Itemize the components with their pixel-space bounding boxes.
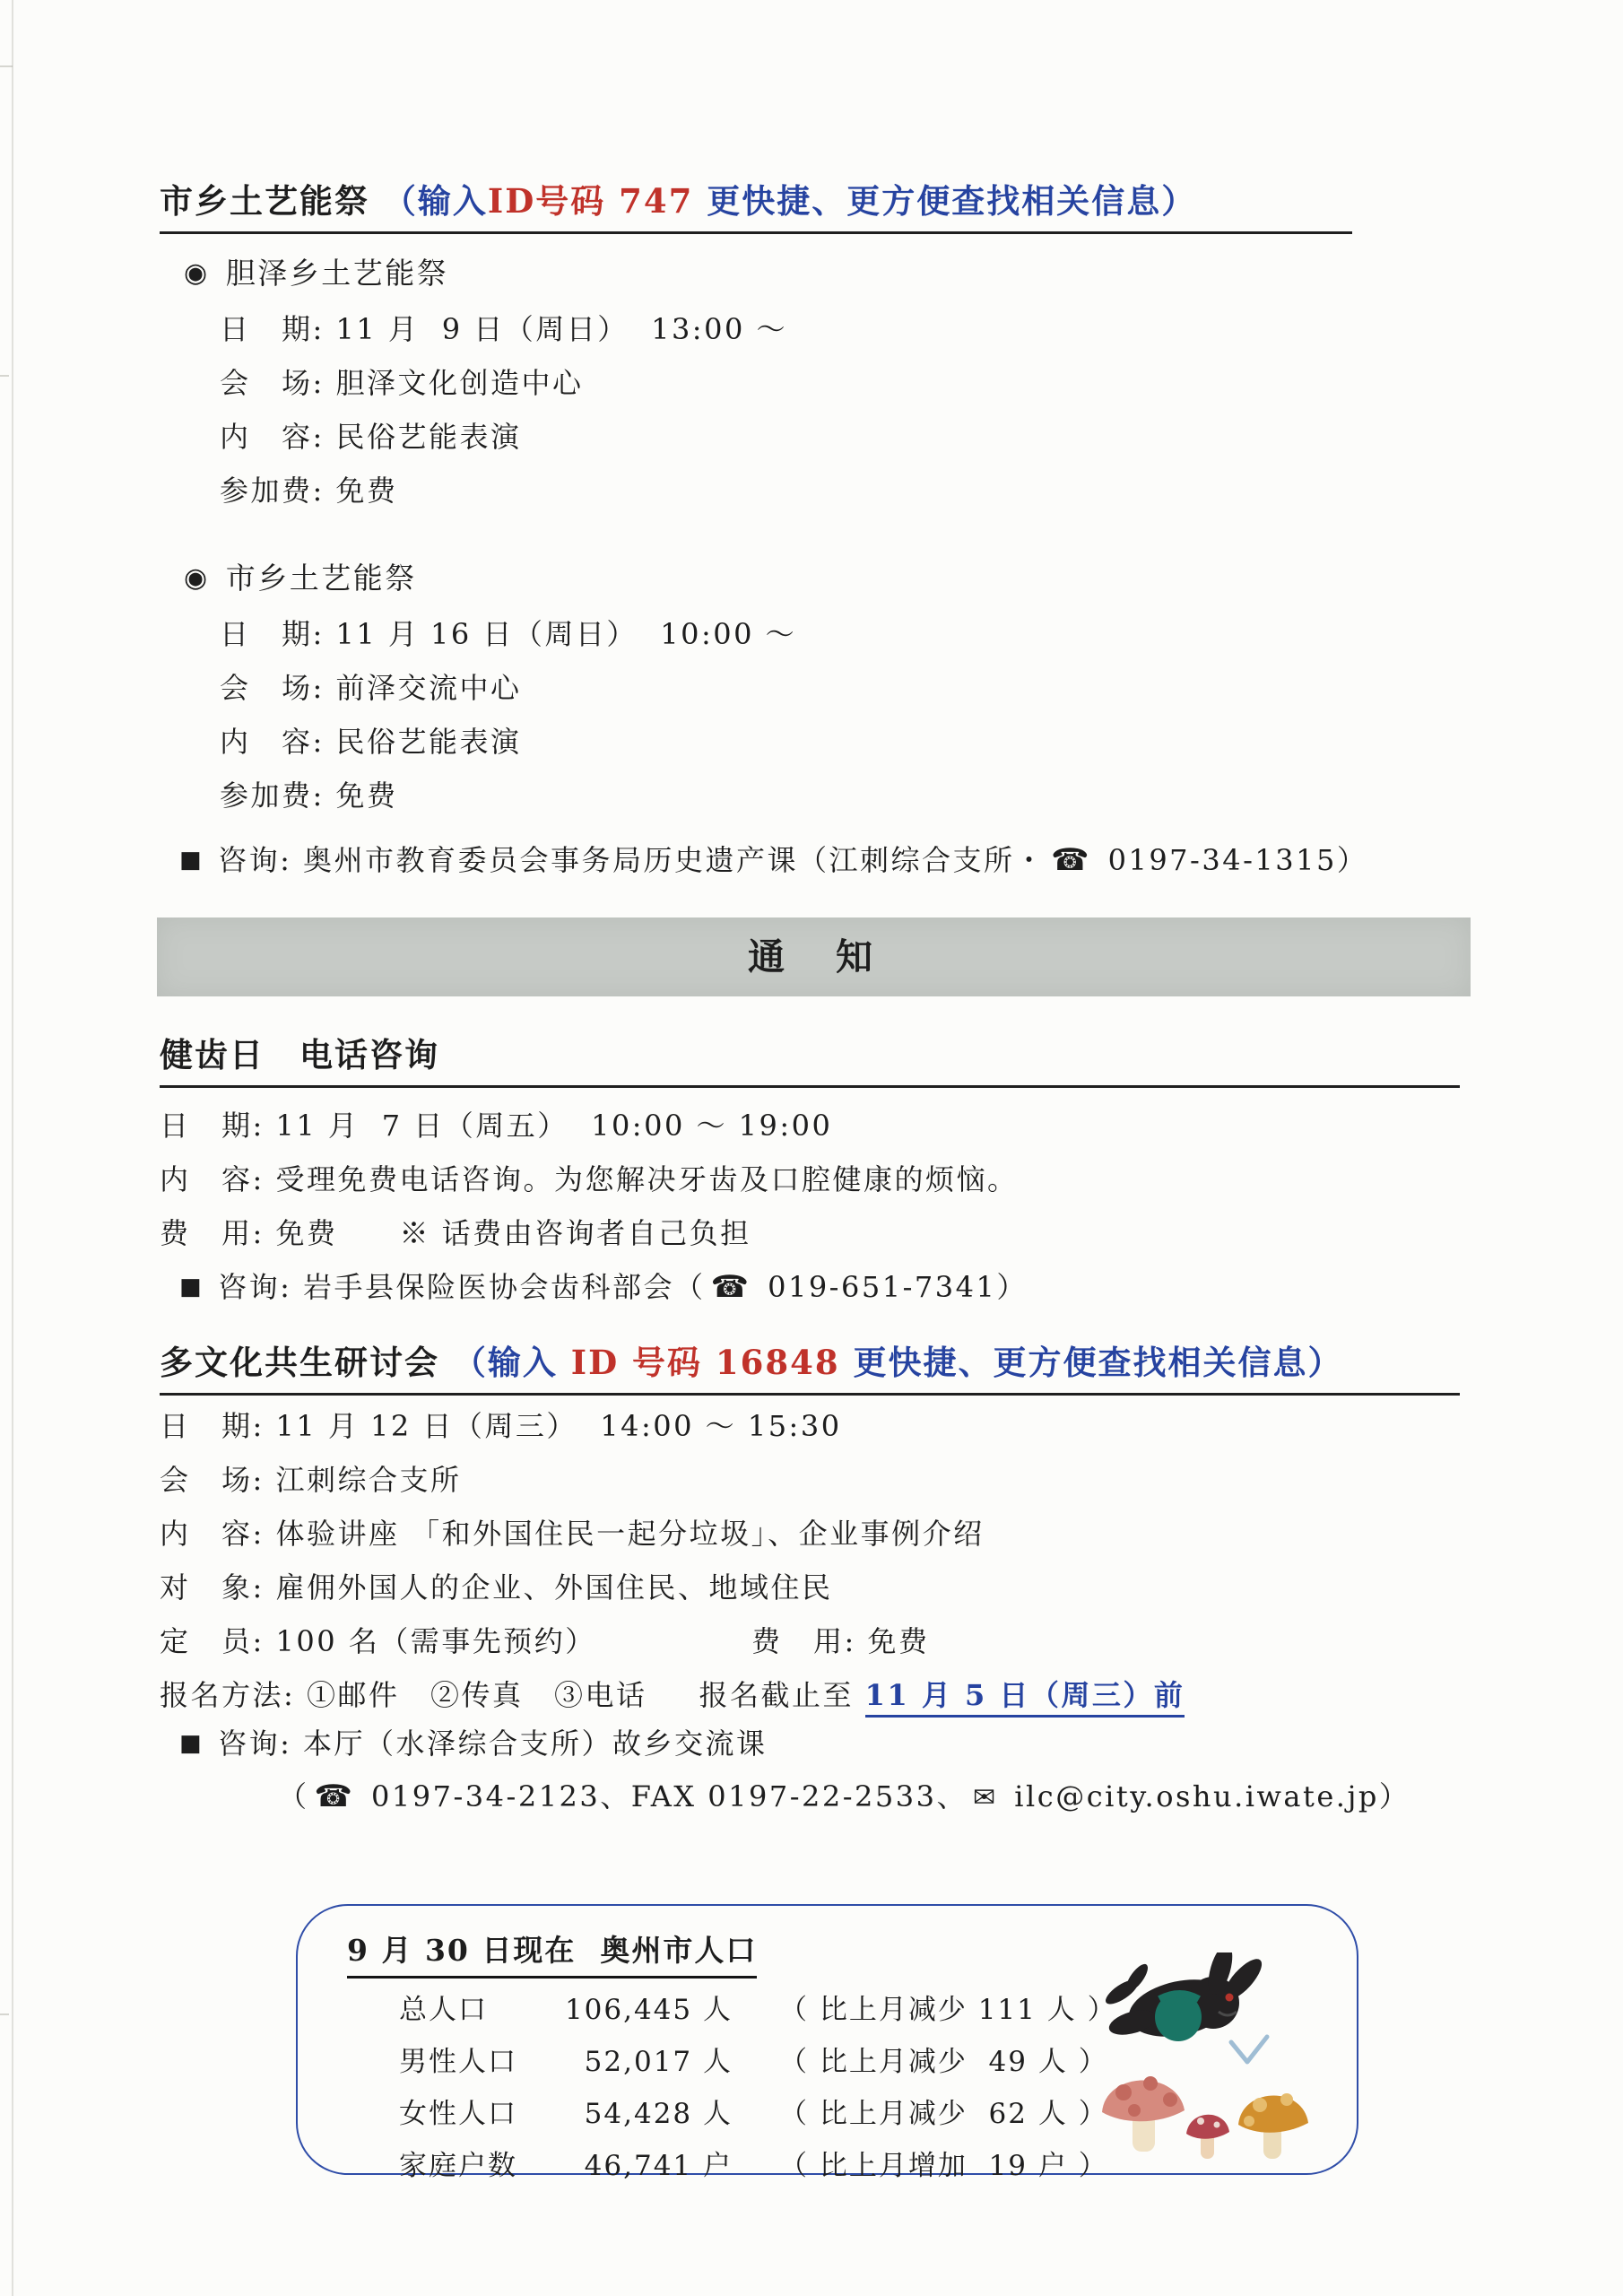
scan-artifact-line [12,0,13,2296]
festival-contact: ■咨询: 奥州市教育委员会事务局历史遗产课（江刺综合支所・☎ 0197-34-1… [160,844,1471,879]
field-label: 日 期: [220,312,335,346]
page-content: 市乡土艺能祭 （输入ID号码 747 更快捷、更方便查找相关信息） ◉胆泽乡土艺… [160,182,1471,2175]
field-value: 前泽交流中心 [335,671,521,705]
field-label: 日 期: [160,1409,275,1443]
seminar-target: 对 象: 雇佣外国人的企业、外国住民、地域住民 [160,1571,1471,1604]
field-value: 民俗艺能表演 [335,725,521,759]
field-value: 11 月 7 日（周五） 10:00 ～ 19:00 [275,1109,832,1143]
seminar-capacity-fee-row: 定 员: 100 名（需事先预约） 费 用: 免费 [160,1625,1471,1657]
contact-email: ilc@city.oshu.iwate.jp） [1003,1779,1410,1813]
contact-text: 岩手县保险医协会齿科部会（ [303,1270,706,1304]
scan-artifact-tick [0,2013,9,2015]
field-value: 体验讲座 「和外国住民一起分垃圾」、企业事例介绍 [275,1517,984,1551]
field-value: 受理免费电话咨询。为您解决牙齿及口腔健康的烦恼。 [275,1162,1018,1196]
event-isawa-venue: 会 场: 胆泽文化创造中心 [160,367,1471,399]
population-note: （ 比上月减少 62 人 ） [779,2099,1108,2129]
seminar-contact: ■咨询: 本厅（水泽综合支所）故乡交流课 [160,1727,1471,1762]
seminar-date: 日 期: 11 月 12 日（周三） 14:00 ～ 15:30 [160,1410,1471,1442]
seminar-contact-phone-line: （☎ 0197-34-2123、FAX 0197-22-2533、✉ ilc@c… [160,1780,1471,1814]
contact-label: 咨询: [218,1726,303,1761]
notice-banner: 通 知 [157,918,1471,996]
field-value: 11 月 16 日（周日） 10:00 ～ [335,617,796,651]
seminar-heading-id-number: ID 号码 16848 [571,1343,840,1382]
newsletter-page: 市乡土艺能祭 （输入ID号码 747 更快捷、更方便查找相关信息） ◉胆泽乡土艺… [0,0,1623,2296]
field-label: 费 用: [751,1624,867,1658]
paren-open: （ [278,1779,309,1813]
rabbit-mushroom-illustration [1095,1952,1319,2163]
contact-phone: 019-651-7341） [756,1270,1027,1304]
field-value: 免费 [335,778,397,813]
population-box-title: 9 月 30 日现在 奥州市人口 [347,1927,757,1979]
phone-icon: ☎ [315,1779,355,1814]
field-label: 费 用: [160,1216,275,1250]
deadline-prefix: 报名截止至 [699,1678,864,1712]
apply-methods: ①邮件 ②传真 ③电话 [307,1678,647,1712]
seminar-heading-id-rest: 更快捷、更方便查找相关信息） [840,1343,1343,1382]
event-city-content: 内 容: 民俗艺能表演 [160,726,1471,758]
contact-phone-fax: 0197-34-2123、FAX 0197-22-2533、 [360,1779,968,1813]
scan-artifact-tick [0,375,9,377]
population-note: （ 比上月减少 49 人 ） [779,2047,1108,2077]
population-value: 52,017 人 [553,2047,733,2077]
field-label: 对 象: [160,1570,275,1605]
field-value: 江刺综合支所 [275,1463,461,1497]
population-value: 46,741 户 [553,2151,733,2181]
field-label: 内 容: [220,420,335,454]
population-label: 家庭户数 [399,2151,553,2181]
seminar-heading-title: 多文化共生研讨会 [160,1343,453,1382]
seminar-capacity: 定 员: 100 名（需事先预约） [160,1625,751,1657]
contact-label: 咨询: [218,843,303,877]
section-seminar-heading: 多文化共生研讨会 （输入 ID 号码 16848 更快捷、更方便查找相关信息） [160,1344,1460,1396]
field-label: 会 场: [220,366,335,400]
contact-text: 奥州市教育委员会事务局历史遗产课（江刺综合支所・ [303,843,1046,877]
event-city-venue: 会 场: 前泽交流中心 [160,672,1471,704]
population-label: 总人口 [399,1995,553,2025]
field-value: 雇佣外国人的企业、外国住民、地域住民 [275,1570,832,1605]
population-value: 54,428 人 [553,2099,733,2129]
festival-heading-id-rest: 更快捷、更方便查找相关信息） [693,181,1196,221]
event-isawa-date: 日 期: 11 月 9 日（周日） 13:00 ～ [160,313,1471,345]
field-value: 100 名（需事先预约） [275,1624,595,1658]
field-label: 定 员: [160,1624,275,1658]
mail-icon: ✉ [973,1782,998,1813]
seminar-fee: 费 用: 免费 [751,1625,929,1657]
section-festival-heading: 市乡土艺能祭 （输入ID号码 747 更快捷、更方便查找相关信息） [160,182,1352,234]
festival-heading-id-open: （输入 [383,181,488,221]
fisheye-bullet-icon: ◉ [184,257,210,289]
apply-method-label: 报名方法: [160,1678,307,1712]
square-bullet-icon: ■ [179,1274,204,1300]
field-label: 内 容: [220,725,335,759]
apply-deadline: 11 月 5 日（周三）前 [865,1678,1185,1718]
population-box: 9 月 30 日现在 奥州市人口 总人口 106,445 人 （ 比上月减少 1… [296,1904,1358,2175]
festival-heading-title: 市乡土艺能祭 [160,181,383,221]
scan-artifact-tick [0,65,13,67]
field-value: 胆泽文化创造中心 [335,366,583,400]
field-label: 内 容: [160,1162,275,1196]
seminar-apply-row: 报名方法: ①邮件 ②传真 ③电话报名截止至 11 月 5 日（周三）前 [160,1679,1471,1711]
phone-icon: ☎ [1051,842,1091,878]
mushroom-icons [1102,2076,1308,2159]
event-isawa-content: 内 容: 民俗艺能表演 [160,421,1471,453]
arrow-down-icon [1231,2037,1267,2062]
square-bullet-icon: ■ [179,1730,204,1757]
field-value: 11 月 12 日（周三） 14:00 ～ 15:30 [275,1409,841,1443]
population-note: （ 比上月减少 111 人 ） [779,1995,1117,2025]
field-value: 11 月 9 日（周日） 13:00 ～ [335,312,787,346]
population-note: （ 比上月增加 19 户 ） [779,2151,1108,2181]
phone-icon: ☎ [711,1269,751,1305]
field-label: 会 场: [220,671,335,705]
square-bullet-icon: ■ [179,847,204,874]
field-value: 免费 [335,474,397,508]
event-isawa-name: 胆泽乡土艺能祭 [226,256,449,291]
contact-text: 本厅（水泽综合支所）故乡交流课 [303,1726,768,1761]
contact-label: 咨询: [218,1270,303,1304]
event-city-fee: 参加费: 免费 [160,779,1471,812]
event-city-title: ◉市乡土艺能祭 [160,562,1471,596]
field-label: 参加费: [220,778,335,813]
dental-date: 日 期: 11 月 7 日（周五） 10:00 ～ 19:00 [160,1109,1471,1142]
fisheye-bullet-icon: ◉ [184,562,210,594]
seminar-heading-id-open: （输入 [453,1343,571,1382]
dental-fee: 费 用: 免费 ※ 话费由咨询者自己负担 [160,1217,1471,1249]
seminar-content: 内 容: 体验讲座 「和外国住民一起分垃圾」、企业事例介绍 [160,1518,1471,1550]
field-label: 参加费: [220,474,335,508]
rabbit-icon [1102,1952,1267,2045]
event-city-name: 市乡土艺能祭 [226,561,417,596]
field-label: 日 期: [220,617,335,651]
population-value: 106,445 人 [553,1995,733,2025]
field-label: 日 期: [160,1109,275,1143]
event-isawa-title: ◉胆泽乡土艺能祭 [160,257,1471,291]
dental-contact: ■咨询: 岩手县保险医协会齿科部会（☎ 019-651-7341） [160,1271,1471,1306]
section-dental-heading: 健齿日 电话咨询 [160,1036,1460,1088]
dental-content: 内 容: 受理免费电话咨询。为您解决牙齿及口腔健康的烦恼。 [160,1163,1471,1196]
field-label: 内 容: [160,1517,275,1551]
event-isawa-fee: 参加费: 免费 [160,474,1471,507]
contact-phone: 0197-34-1315） [1097,843,1367,877]
notice-banner-text: 通 知 [748,935,880,978]
field-value: 民俗艺能表演 [335,420,521,454]
event-city-date: 日 期: 11 月 16 日（周日） 10:00 ～ [160,618,1471,650]
population-label: 女性人口 [399,2099,553,2129]
field-label: 会 场: [160,1463,275,1497]
seminar-venue: 会 场: 江刺综合支所 [160,1464,1471,1496]
population-label: 男性人口 [399,2047,553,2077]
field-value: 免费 [867,1624,929,1658]
festival-heading-id-number: ID号码 747 [488,181,694,221]
field-value: 免费 ※ 话费由咨询者自己负担 [275,1216,751,1250]
dental-heading-title: 健齿日 电话咨询 [160,1035,439,1074]
